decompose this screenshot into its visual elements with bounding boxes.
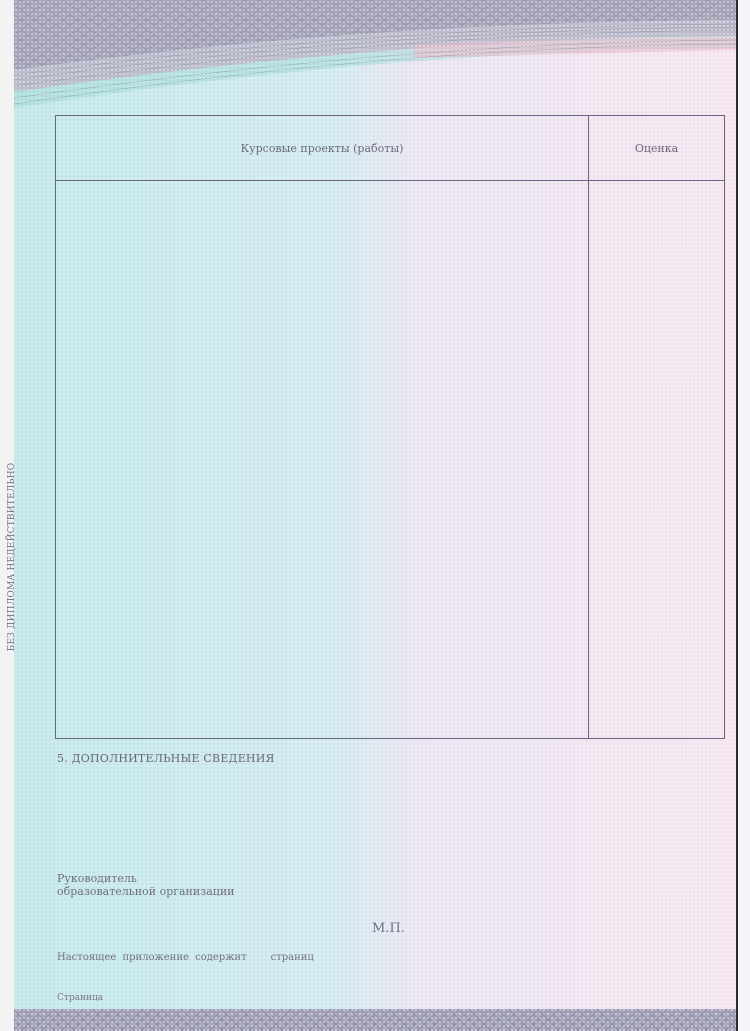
page-number-label: Страница: [57, 993, 103, 1003]
column-header-coursework: Курсовые проекты (работы): [56, 116, 588, 180]
page-count-note: Настоящее приложение содержитстраниц: [57, 952, 314, 963]
stamp-placeholder: М.П.: [372, 921, 405, 936]
guilloche-border-bottom: [14, 1009, 736, 1031]
signer-title-line1: Руководитель: [57, 872, 235, 885]
signer-block: Руководитель образовательной организации: [57, 872, 235, 898]
column-header-grade: Оценка: [589, 116, 724, 180]
coursework-table: Курсовые проекты (работы) Оценка: [55, 115, 725, 739]
page-count-prefix: Настоящее приложение содержит: [57, 952, 247, 963]
guilloche-border-top: [14, 0, 736, 110]
validity-side-note: БЕЗ ДИПЛОМА НЕДЕЙСТВИТЕЛЬНО: [7, 447, 21, 667]
column-divider: [588, 116, 589, 738]
header-divider: [56, 180, 724, 181]
section-additional-info-title: 5. ДОПОЛНИТЕЛЬНЫЕ СВЕДЕНИЯ: [57, 752, 275, 765]
page-count-suffix: страниц: [271, 952, 314, 963]
signer-title-line2: образовательной организации: [57, 885, 235, 898]
